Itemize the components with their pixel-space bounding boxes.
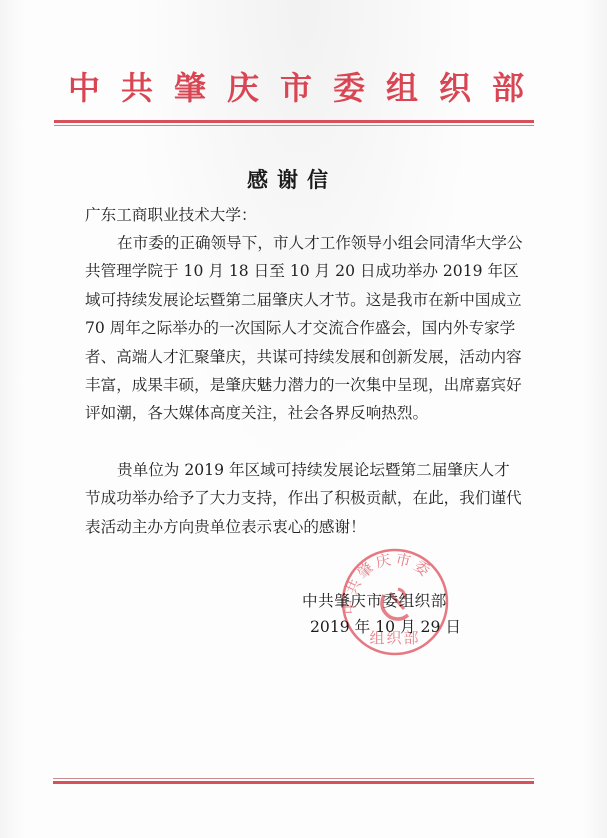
letterhead-rule-thin	[54, 125, 534, 126]
paragraph-1: 在市委的正确领导下，市人才工作领导小组会同清华大学公共管理学院于 10 月 18…	[85, 229, 525, 428]
signature-date: 2019 年 10 月 29 日	[310, 614, 461, 640]
letterhead-rule-thick	[54, 120, 534, 123]
footer-rule-thick	[53, 781, 534, 784]
salutation: 广东工商职业技术大学：	[85, 201, 525, 229]
letter-title: 感谢信	[247, 164, 337, 194]
signature-organization: 中共肇庆市委组织部	[302, 588, 447, 614]
paragraph-2: 贵单位为 2019 年区域可持续发展论坛暨第二届肇庆人才节成功举办给予了大力支持…	[85, 456, 525, 541]
letterhead-title: 中共肇庆市委组织部	[68, 68, 508, 108]
footer-rule-thin	[53, 778, 534, 779]
